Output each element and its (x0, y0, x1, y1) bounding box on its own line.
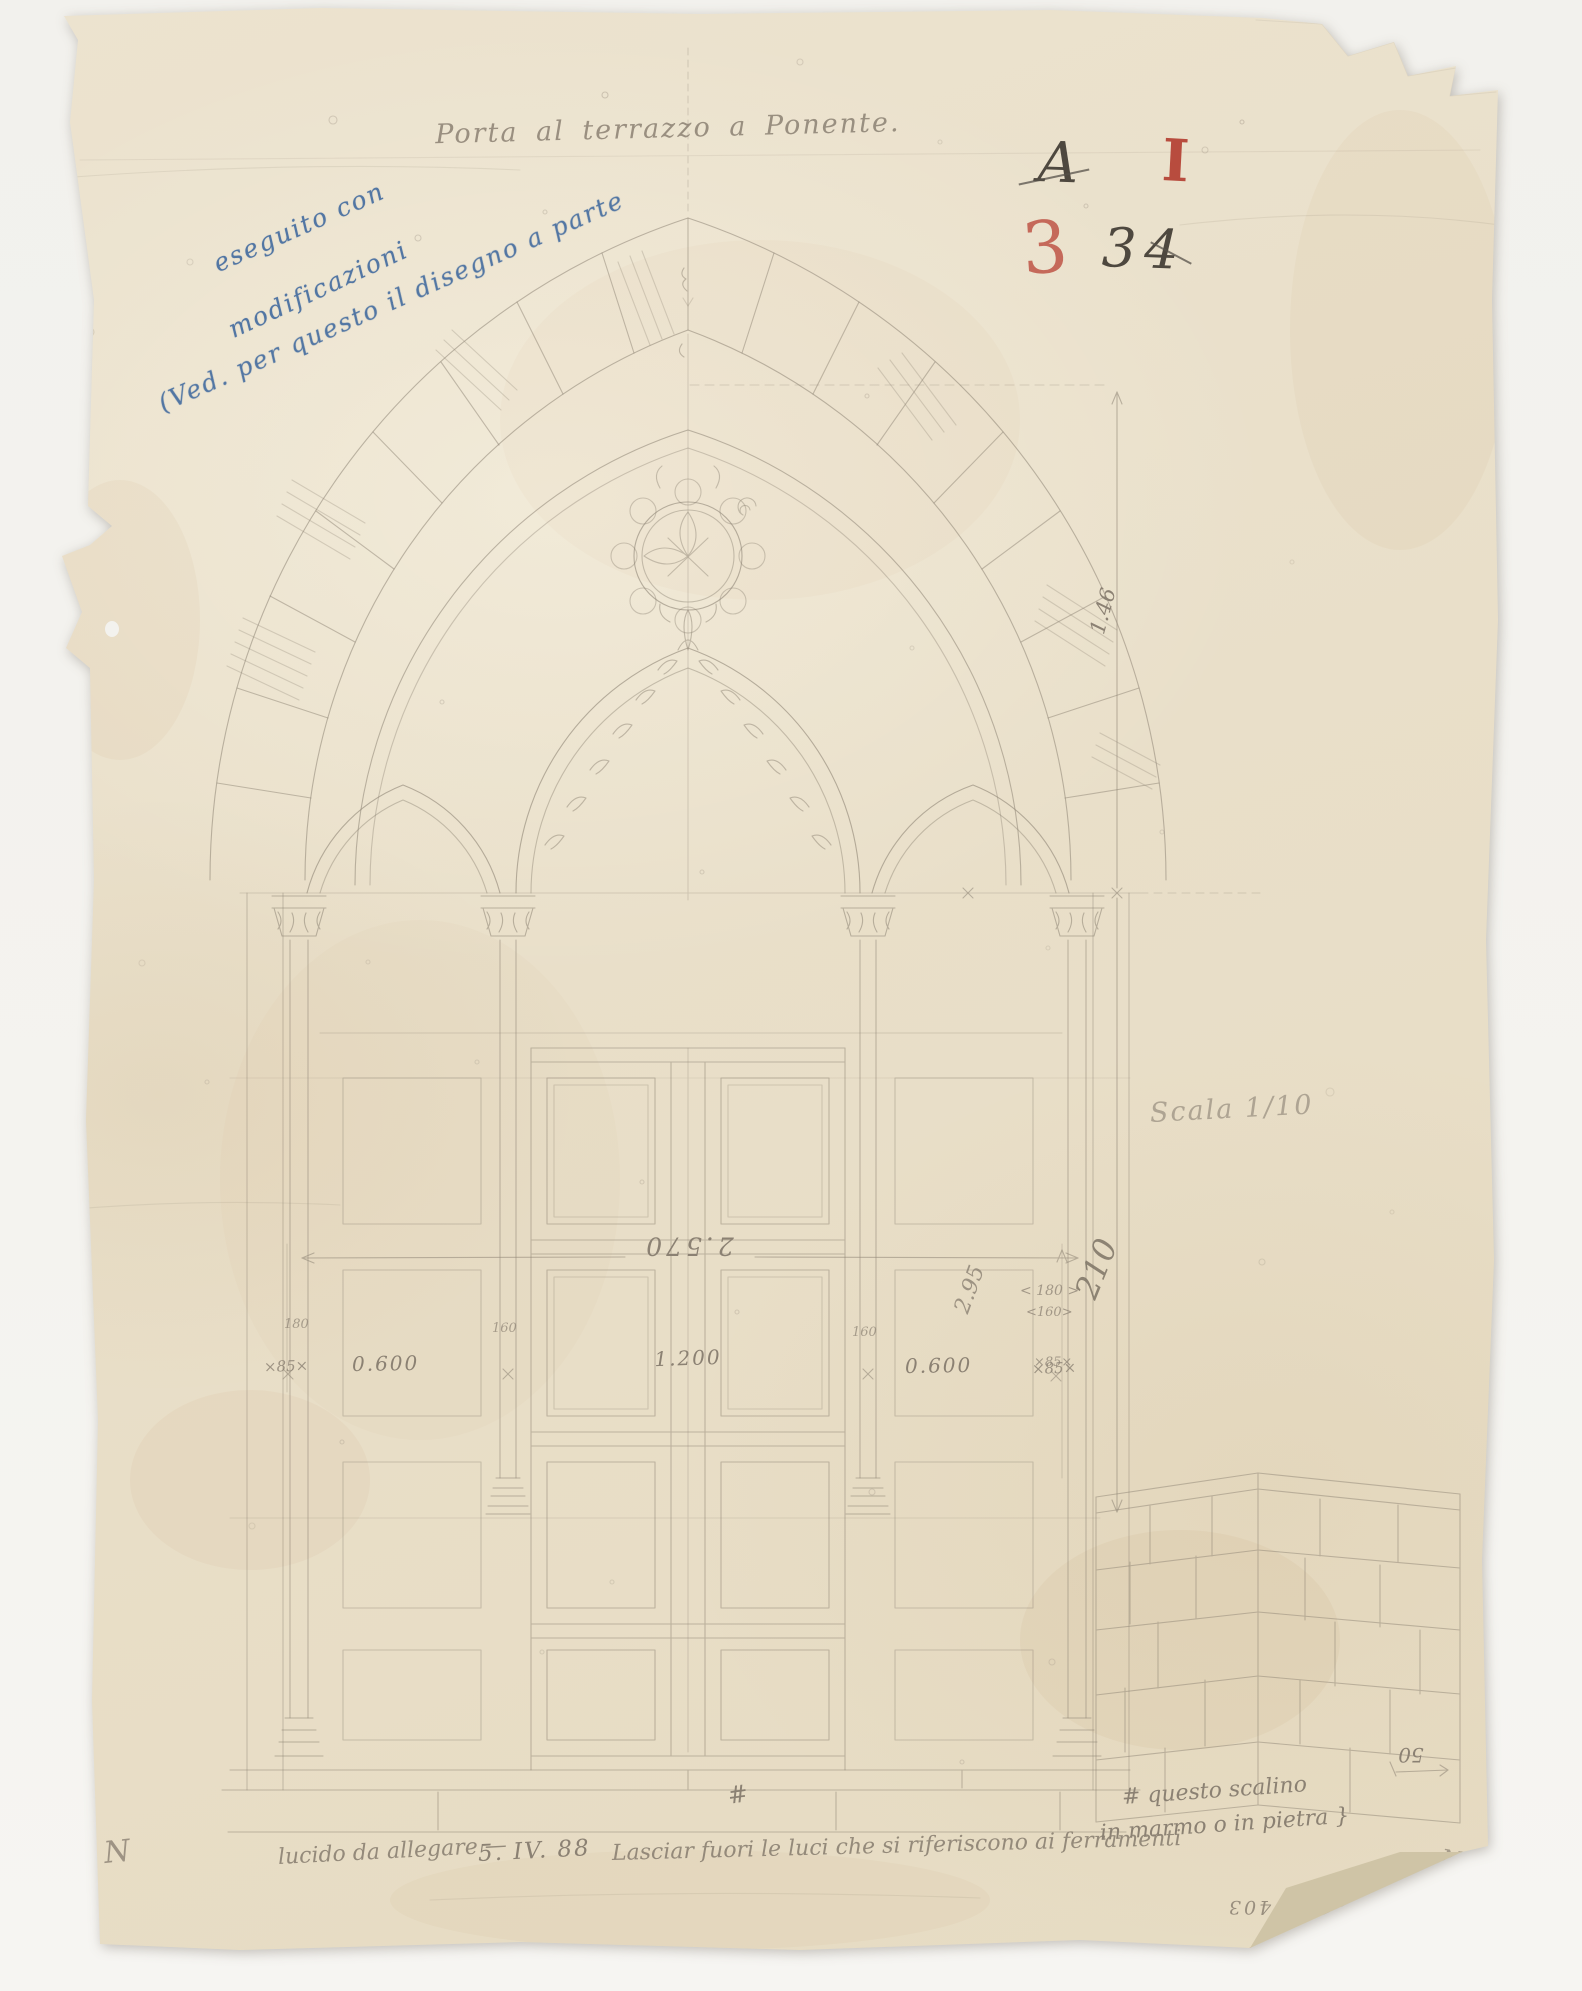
classification-number-pencil: 34 (1101, 220, 1188, 280)
scanned-drawing: Porta al terrazzo a Ponente. eseguito co… (0, 0, 1582, 1991)
dim-overall-width: 2.570 (628, 1232, 748, 1258)
hash-mark-step: # (726, 1781, 749, 1809)
dim-sub-1: 180 (284, 1318, 309, 1332)
threshold-steps (222, 1770, 1140, 1832)
dim-left-light: 0.600 (352, 1353, 420, 1375)
paper-hole (105, 621, 119, 637)
classification-roman-numeral: I (1160, 130, 1190, 192)
paper-shadow-wrap: Porta al terrazzo a Ponente. eseguito co… (0, 0, 1582, 1991)
pencil-linework (0, 0, 1582, 1991)
note-date: 5. IV. 88 (477, 1836, 591, 1866)
dim-sub-3: 160 (852, 1326, 877, 1340)
dim-sub-2: 160 (492, 1322, 517, 1336)
dim-side-2: <160> (1026, 1306, 1073, 1320)
corner-mark-left: N (102, 1835, 131, 1869)
check-mark (1420, 1868, 1448, 1886)
classification-letter: A (1037, 134, 1079, 194)
corner-mark-right: N (1438, 1846, 1465, 1877)
dim-end-left: ×85× (264, 1358, 309, 1375)
drawing-sheet: Porta al terrazzo a Ponente. eseguito co… (0, 0, 1582, 1991)
dim-right-light: 0.600 (905, 1355, 973, 1377)
classification-number-red: 3 (1019, 209, 1070, 288)
dim-parapet-depth: 50 (1386, 1744, 1436, 1765)
dim-side-3: ×85× (1034, 1356, 1072, 1370)
dim-center-light: 1.200 (628, 1346, 749, 1371)
dim-side-1: < 180 > (1020, 1284, 1079, 1299)
